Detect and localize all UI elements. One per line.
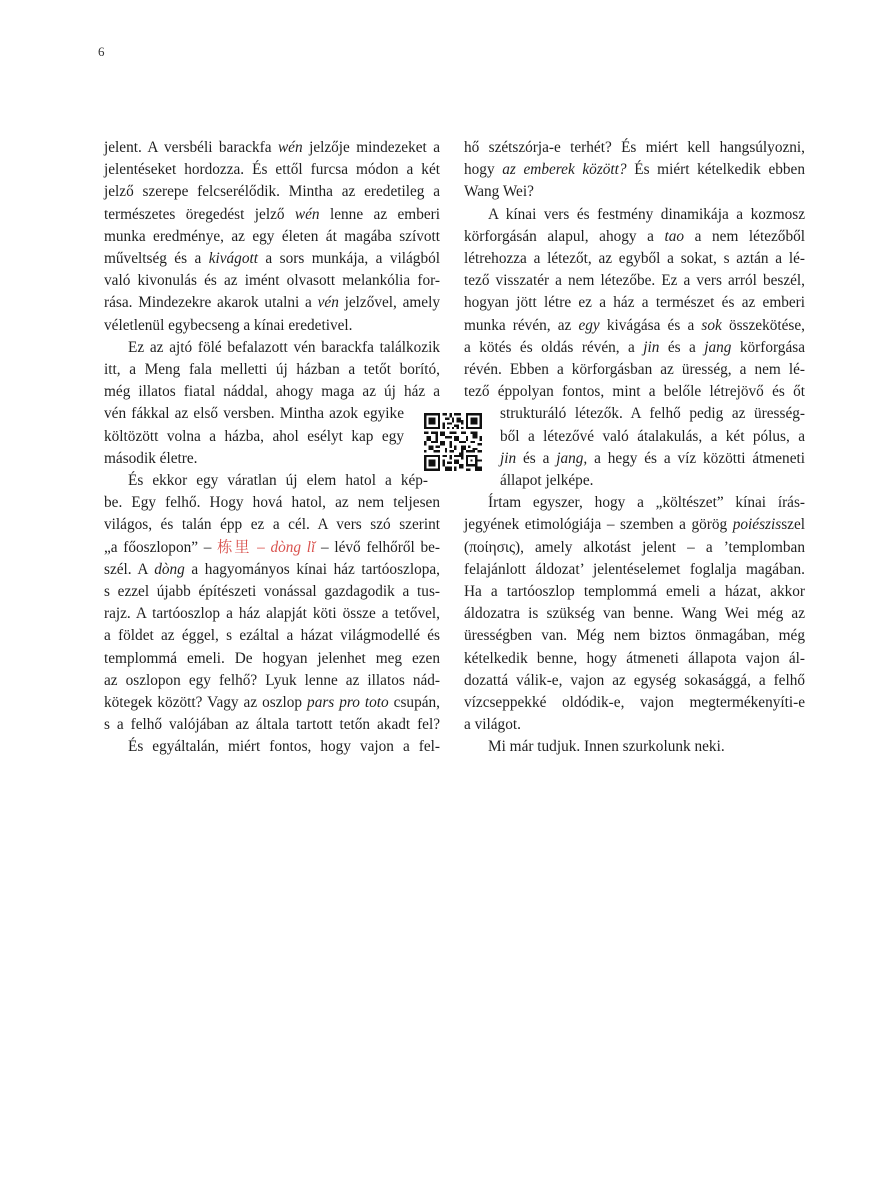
paragraph: És egyáltalán, miért fontos, hogy vajon …	[104, 736, 440, 758]
text: szél. A	[104, 561, 154, 578]
dash: –	[251, 539, 270, 556]
text: munka révén, az	[464, 317, 578, 334]
text: – lévő felhőről be-	[315, 539, 440, 556]
italic-term: kivágott	[209, 250, 258, 267]
text-line: állapot jelképe.	[500, 470, 805, 492]
italic-term: jang,	[556, 450, 587, 467]
text: rása. Mindezekre akarok utalni a	[104, 294, 318, 311]
text-line: És egyáltalán, miért fontos, hogy vajon …	[104, 736, 440, 758]
text: jelzővel, amely	[339, 294, 440, 311]
right-column: hő szétszórja-e terhét? És miért kell ha…	[464, 137, 805, 759]
text-line: áldozatra is szükség van benne. Wang Wei…	[464, 603, 805, 625]
pinyin-term: dòng lĭ	[270, 539, 315, 556]
text: a kötés és oldás révén, a	[464, 339, 643, 356]
page-number: 6	[98, 44, 105, 60]
text-line: vén fákkal az első versben. Mintha azok …	[104, 403, 404, 425]
text-line: s a felhő valójában az általa tartott te…	[104, 714, 440, 736]
text-line: Ez az ajtó fölé befalazott vén barackfa …	[104, 337, 440, 359]
text-line: templommá emeli. De hogyan jelenhet meg …	[104, 648, 440, 670]
text-line: jegyének etimológiája – szemben a görög …	[464, 514, 805, 536]
text-line: itt, a Meng fala melletti új házban a te…	[104, 359, 440, 381]
text-line: kötegek között? Vagy az oszlop pars pro …	[104, 692, 440, 714]
text-line: rása. Mindezekre akarok utalni a vén jel…	[104, 292, 440, 314]
italic-term: pars pro toto	[307, 694, 389, 711]
italic-term: wén	[278, 139, 303, 156]
text-line: tező éppolyan fontos, mint a belőle létr…	[464, 381, 805, 403]
text: a hegy és a víz közötti átmeneti	[587, 450, 805, 467]
text-line: felajánlott áldozat’ jelentéselemet fogl…	[464, 559, 805, 581]
paragraph: És ekkor egy váratlan új elem hatol a ké…	[104, 470, 440, 736]
text-line: a földet az éggel, s ezáltal a házat vil…	[104, 625, 440, 647]
text-line: be. Egy felhő. Hogy hová hatol, az nem t…	[104, 492, 440, 514]
text: összekötése,	[722, 317, 805, 334]
italic-term: sok	[701, 317, 721, 334]
text: jelzője mindezeket a	[303, 139, 440, 156]
italic-term: egy	[578, 317, 599, 334]
text-line: dozattá válik-e, vajon az egység sokaság…	[464, 670, 805, 692]
paragraph: hő szétszórja-e terhét? És miért kell ha…	[464, 137, 805, 204]
text-line: véletlenül egybecseng a kínai eredetivel…	[104, 315, 440, 337]
text-line: jelent. A versbéli barackfa wén jelzője …	[104, 137, 440, 159]
text-line: révén. Ebben a körforgásban az üresség, …	[464, 359, 805, 381]
text: jegyének etimológiája – szemben a görög	[464, 516, 733, 533]
italic-term: vén	[318, 294, 339, 311]
text: jelent. A versbéli barackfa	[104, 139, 278, 156]
text-line: Írtam egyszer, hogy a „költészet” kínai …	[464, 492, 805, 514]
chinese-characters: 栋里	[217, 539, 251, 556]
text-line: Ha a tartóoszlop templommá emeli a házat…	[464, 581, 805, 603]
text: és a	[516, 450, 556, 467]
text-line: hogy az emberek között? És miért kételke…	[464, 159, 805, 181]
text-line: (ποίησις), amely alkotást jelent – a ’te…	[464, 537, 805, 559]
text-line: műveltség és a kivágott a sors munkája, …	[104, 248, 440, 270]
text-line: munka révén, az egy kivágása és a sok ös…	[464, 315, 805, 337]
left-column: jelent. A versbéli barackfa wén jelzője …	[104, 137, 440, 759]
italic-term: poiészis	[733, 516, 781, 533]
text-line: való kivonulás és az imént olvasott mela…	[104, 270, 440, 292]
text-line: kételkedik benne, hogy átmeneti állapota…	[464, 648, 805, 670]
text-line: természetes öregedést jelző wén lenne az…	[104, 204, 440, 226]
italic-term: az emberek között?	[502, 161, 626, 178]
paragraph: Ez az ajtó fölé befalazott vén barackfa …	[104, 337, 440, 470]
paragraph: Mi már tudjuk. Innen szurkolunk neki.	[464, 736, 805, 758]
text: a hagyományos kínai ház tartóoszlopa,	[185, 561, 440, 578]
text-line: munka eredménye, az egy életen át magába…	[104, 226, 440, 248]
text-line: ürességben van. Még nem biztos önmagában…	[464, 625, 805, 647]
paragraph: Írtam egyszer, hogy a „költészet” kínai …	[464, 492, 805, 736]
italic-term: tao	[665, 228, 685, 245]
text-line: körforgásán alapul, ahogy a tao a nem lé…	[464, 226, 805, 248]
text-line: létrehozza a létezőt, az egyből a sokat,…	[464, 248, 805, 270]
text-line: rajz. A tartóoszlop a ház alapját köti ö…	[104, 603, 440, 625]
text: a sors munkája, a világból	[258, 250, 440, 267]
text-line: még illatos fiatal náddal, ahogy maga az…	[104, 381, 440, 403]
text: szel	[781, 516, 805, 533]
paragraph: jelent. A versbéli barackfa wén jelzője …	[104, 137, 440, 337]
text-line: tező visszatér a nem létezőbe. Ez a vers…	[464, 270, 805, 292]
text-line: „a főoszlopon” – 栋里 – dòng lĭ – lévő fel…	[104, 537, 440, 559]
text-line: A kínai vers és festmény dinamikája a ko…	[464, 204, 805, 226]
text: És miért kételkedik ebben	[627, 161, 805, 178]
text: „a főoszlopon” –	[104, 539, 217, 556]
text-line: strukturáló létezők. A felhő pedig az ür…	[500, 403, 805, 425]
text-line: jelző szerepe felcserélődik. Mintha az e…	[104, 181, 440, 203]
text: természetes öregedést jelző	[104, 206, 295, 223]
text: lenne az emberi	[320, 206, 440, 223]
text-line: vízcseppekké oldódik-e, vajon megterméke…	[464, 692, 805, 714]
text-line: a kötés és oldás révén, a jin és a jang …	[464, 337, 805, 359]
text-line: s ezzel újabb építészeti vonással gazdag…	[104, 581, 440, 603]
text-line: jelentéseket hordozza. És ettől furcsa m…	[104, 159, 440, 181]
text: körforgásán alapul, ahogy a	[464, 228, 665, 245]
text: és a	[659, 339, 704, 356]
italic-term: jin	[500, 450, 516, 467]
italic-term: wén	[295, 206, 320, 223]
text: műveltség és a	[104, 250, 209, 267]
text-line: hogyan jött létre ez a ház a természet é…	[464, 292, 805, 314]
text-line: jin és a jang, a hegy és a víz közötti á…	[500, 448, 805, 470]
italic-term: jin	[643, 339, 659, 356]
paragraph: A kínai vers és festmény dinamikája a ko…	[464, 204, 805, 493]
italic-term: dòng	[154, 561, 185, 578]
text-line: És ekkor egy váratlan új elem hatol a ké…	[104, 470, 428, 492]
text-line: a világot.	[464, 714, 805, 736]
text-line: második életre.	[104, 448, 440, 470]
text-line: ből a létezővé való átalakulás, a két pó…	[500, 426, 805, 448]
text-line: szél. A dòng a hagyományos kínai ház tar…	[104, 559, 440, 581]
text-line: hő szétszórja-e terhét? És miért kell ha…	[464, 137, 805, 159]
italic-term: jang	[704, 339, 731, 356]
text: csupán,	[389, 694, 440, 711]
text: kötegek között? Vagy az oszlop	[104, 694, 307, 711]
text-line: Mi már tudjuk. Innen szurkolunk neki.	[464, 736, 805, 758]
text-line: Wang Wei?	[464, 181, 805, 203]
text: a nem létezőből	[684, 228, 805, 245]
text: hogy	[464, 161, 502, 178]
text-line: az oszlopon egy felhő? Lyuk lenne az ill…	[104, 670, 440, 692]
text-line: költözött volna a házba, ahol esélyt kap…	[104, 426, 404, 448]
text: kivágása és a	[600, 317, 702, 334]
text-line: világos, és talán épp ez a cél. A vers s…	[104, 514, 440, 536]
text: körforgása	[731, 339, 805, 356]
